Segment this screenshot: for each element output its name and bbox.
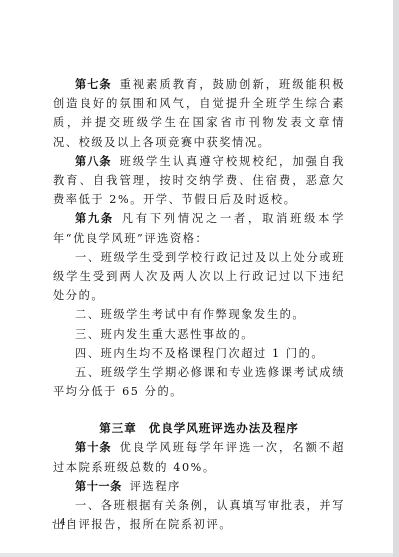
- list-item: 四、班内生均不及格课程门次超过 1 门的。: [53, 344, 345, 363]
- article-label: 第九条: [75, 211, 114, 225]
- list-item: 五、班级学生学期必修课和专业选修课考试成绩平均分低于 65 分的。: [53, 363, 345, 401]
- document-page: 第七条重视素质教育，鼓励创新，班级能积极创造良好的氛围和风气，自觉提升全班学生综…: [0, 0, 393, 553]
- article-9: 第九条凡有下列情况之一者，取消班级本学年“优良学风班”评选资格：: [53, 209, 345, 247]
- article-label: 第十一条: [75, 479, 122, 493]
- scrollbar[interactable]: [393, 0, 399, 557]
- article-label: 第十条: [75, 440, 112, 454]
- page-number: - 4 -: [52, 518, 75, 528]
- article-8: 第八条班级学生认真遵守校规校纪，加强自我教育、自我管理，按时交纳学费、住宿费，恶…: [53, 152, 345, 210]
- chapter-number: 第三章: [99, 421, 137, 435]
- article-label: 第八条: [75, 154, 112, 168]
- article-label: 第七条: [75, 77, 112, 91]
- article-11: 第十一条评选程序: [53, 477, 345, 496]
- article-10: 第十条优良学风班每学年评选一次，名额不超过本院系班级总数的 40%。: [53, 438, 345, 476]
- article-7: 第七条重视素质教育，鼓励创新，班级能积极创造良好的氛围和风气，自觉提升全班学生综…: [53, 75, 345, 152]
- list-item: 三、班内发生重大恶性事故的。: [53, 325, 345, 344]
- list-item: 二、班级学生考试中有作弊现象发生的。: [53, 305, 345, 324]
- list-item: 一、班级学生受到学校行政记过及以上处分或班级学生受到两人次及两人次以上行政记过以…: [53, 248, 345, 306]
- chapter-heading: 第三章优良学风班评选办法及程序: [53, 419, 345, 438]
- page-content: 第七条重视素质教育，鼓励创新，班级能积极创造良好的氛围和风气，自觉提升全班学生综…: [53, 75, 345, 534]
- article-text: 评选程序: [130, 480, 181, 493]
- list-item: 一、各班根据有关条例，认真填写审批表，并写出自评报告，报所在院系初评。: [53, 496, 345, 534]
- chapter-title: 优良学风班评选办法及程序: [149, 421, 299, 435]
